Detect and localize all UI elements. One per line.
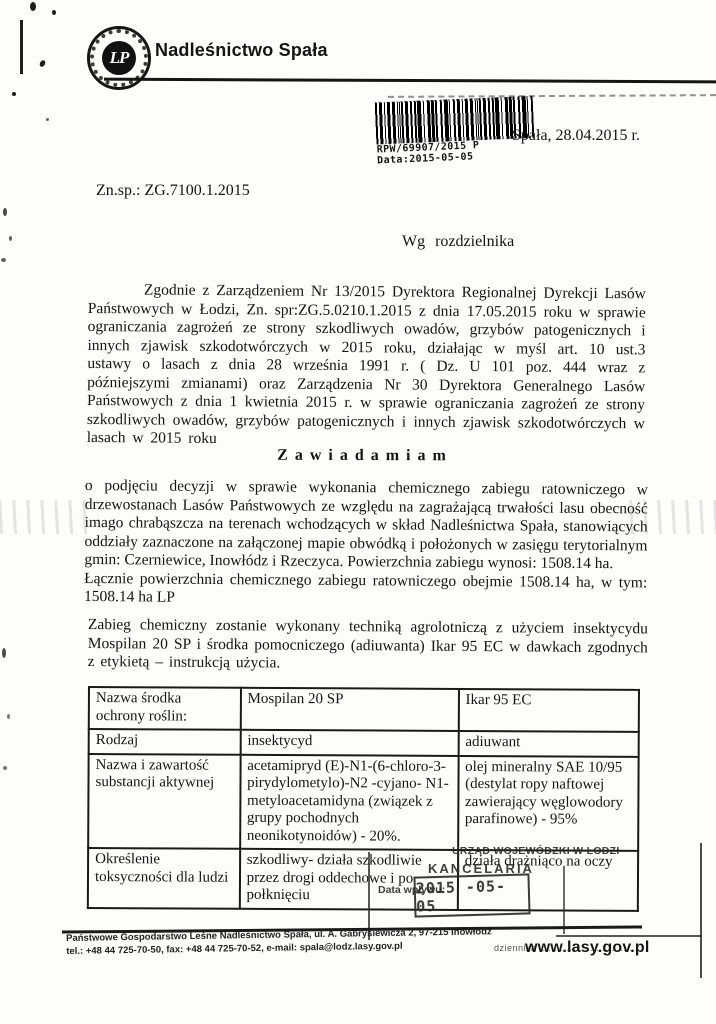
scan-speckle [1, 258, 6, 262]
scan-speckle [39, 59, 47, 68]
table-row: Rodzaj insektycyd adiuwant [89, 729, 639, 756]
table-cell-product1: Mospilan 20 SP [240, 688, 458, 731]
place-and-date: Spała, 28.04.2015 r. [512, 127, 640, 145]
table-cell-label: Nazwa i zawartość substancji aktywnej [88, 754, 240, 849]
barcode-icon [375, 96, 535, 145]
paragraph-legal-basis: Zgodnie z Zarządzeniem Nr 13/2015 Dyrekt… [87, 281, 646, 452]
footer-website: www.lasy.gov.pl [525, 939, 650, 957]
scan-speckle [30, 2, 36, 11]
stamp-border-right [700, 843, 702, 978]
table-cell-label: Nazwa środka ochrony roślin: [89, 687, 241, 730]
table-row: Nazwa środka ochrony roślin: Mospilan 20… [89, 687, 639, 732]
organization-name: Nadleśnictwo Spała [155, 40, 328, 61]
table-cell-product2: Ikar 95 EC [458, 689, 639, 732]
paragraph-total-area: Łącznie powierzchnia chemicznego zabiegu… [84, 569, 647, 610]
scan-speckle [7, 714, 10, 719]
stamp-border-bottom [556, 935, 702, 937]
table-cell-label: Rodzaj [89, 729, 241, 754]
scan-speckle [2, 648, 6, 658]
scan-speckle [20, 20, 23, 74]
paragraph-treatment-method: Zabieg chemiczny zostanie wykonany techn… [88, 616, 648, 676]
scanned-letter-page: LP Nadleśnictwo Spała RPW/69907/2015 P D… [0, 0, 716, 1024]
scan-speckle [3, 208, 7, 216]
table-cell-product1: insektycyd [240, 730, 458, 756]
scan-artifact-line [388, 94, 716, 98]
table-cell-product1: acetamipryd (E)-N1-(6-chloro-3-pirydylom… [240, 754, 458, 850]
table-cell-product2: olej mineralny SAE 10/95 (destylat ropy … [458, 755, 639, 850]
heading-zawiadamiam: Zawiadamiam [0, 446, 716, 467]
paragraph-decision: o podjęciu decyzji w sprawie wykonania c… [84, 477, 648, 611]
stamp-border-left [368, 852, 370, 940]
stamp-border-mid [563, 866, 565, 934]
stamp-date-box: 2015 -05- 05 [413, 873, 530, 917]
scan-speckle [3, 766, 7, 770]
scan-speckle [52, 10, 56, 15]
header-divider [104, 78, 716, 84]
table-cell-product2: adiuwant [458, 731, 639, 756]
addressee: Wg rozdzielnika [402, 233, 514, 251]
scan-speckle [46, 118, 49, 121]
stamp-date-value: 2015 -05- 05 [416, 876, 529, 915]
table-row: Określenie toksyczności dla ludzi szkodl… [88, 848, 638, 910]
table-row: Nazwa i zawartość substancji aktywnej ac… [88, 754, 638, 851]
table-cell-label: Określenie toksyczności dla ludzi [88, 848, 240, 908]
scan-speckle [9, 236, 12, 241]
pesticide-table: Nazwa środka ochrony roślin: Mospilan 20… [87, 686, 640, 911]
reference-number: Zn.sp.: ZG.7100.1.2015 [96, 182, 250, 200]
scan-artifact-band [0, 500, 716, 534]
scan-speckle [12, 92, 16, 96]
stamp-office-name: URZĄD WOJEWÓDZKI W ŁODZI [452, 845, 620, 857]
